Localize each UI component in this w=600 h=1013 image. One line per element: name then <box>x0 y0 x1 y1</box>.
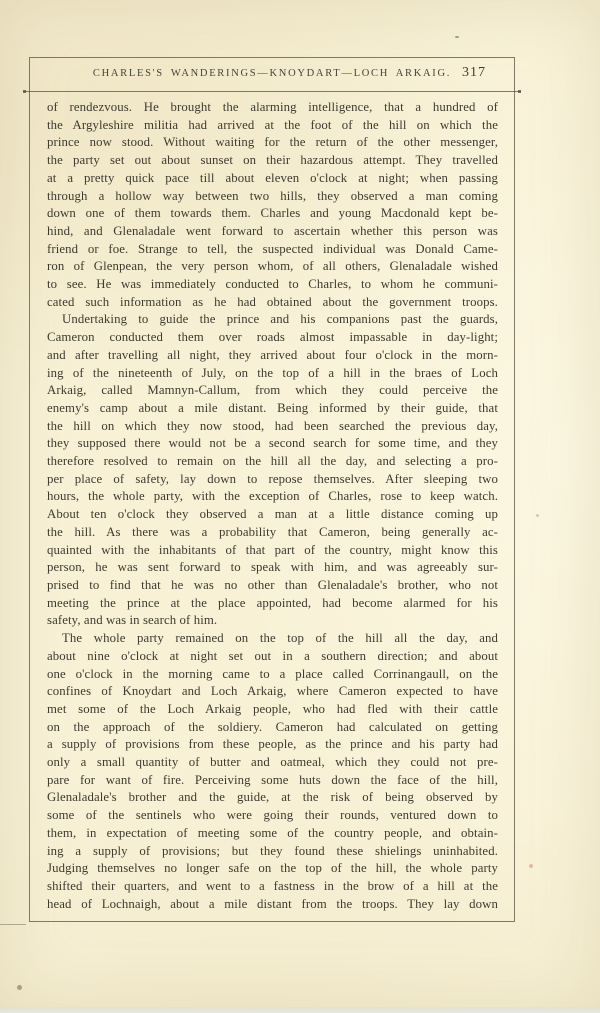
text-line: the hill. As there was a probability tha… <box>47 524 498 542</box>
text-line: hours, the whole party, with the excepti… <box>47 488 498 506</box>
text-line: head of Lochnaigh, about a mile distant … <box>47 896 498 914</box>
scan-speck <box>455 36 459 38</box>
text-line: friend or foe. Strange to tell, the susp… <box>47 241 498 259</box>
text-line: prised to find that he was no other than… <box>47 577 498 595</box>
body-text: of rendezvous. He brought the alarming i… <box>47 99 498 913</box>
scan-stray-rule <box>0 924 26 925</box>
text-line: pare for want of fire. Perceiving some h… <box>47 772 498 790</box>
text-line: confines of Knoydart and Loch Arkaig, wh… <box>47 683 498 701</box>
scan-speck <box>17 985 22 990</box>
text-line: meeting the prince at the place appointe… <box>47 595 498 613</box>
text-line: The whole party remained on the top of t… <box>47 630 498 648</box>
text-line: of rendezvous. He brought the alarming i… <box>47 99 498 117</box>
text-line: ron of Glenpean, the very person whom, o… <box>47 258 498 276</box>
scan-edge <box>0 1007 600 1013</box>
text-line: one o'clock in the morning came to a pla… <box>47 666 498 684</box>
text-line: through a hollow way between two hills, … <box>47 188 498 206</box>
text-line: the Argyleshire militia had arrived at t… <box>47 117 498 135</box>
text-line: quainted with the inhabitants of that pa… <box>47 542 498 560</box>
text-line: Glenaladale's brother and the guide, at … <box>47 789 498 807</box>
paragraph: The whole party remained on the top of t… <box>47 630 498 913</box>
text-line: they supposed there would not be a secon… <box>47 435 498 453</box>
text-line: and after travelling all night, they arr… <box>47 347 498 365</box>
text-line: down one of them towards them. Charles a… <box>47 205 498 223</box>
text-line: Undertaking to guide the prince and his … <box>47 311 498 329</box>
text-line: ing of the nineteenth of July, on the to… <box>47 365 498 383</box>
text-line: cated such information as he had obtaine… <box>47 294 498 312</box>
text-line: Cameron conducted them over roads almost… <box>47 329 498 347</box>
text-line: them, in expectation of meeting some of … <box>47 825 498 843</box>
text-line: about nine o'clock at night set out in a… <box>47 648 498 666</box>
book-page-scan: CHARLES'S WANDERINGS—KNOYDART—LOCH ARKAI… <box>0 0 600 1013</box>
text-line: met some of the Loch Arkaig people, who … <box>47 701 498 719</box>
text-line: some of the sentinels who were going the… <box>47 807 498 825</box>
paragraph: Undertaking to guide the prince and his … <box>47 311 498 630</box>
page-header: CHARLES'S WANDERINGS—KNOYDART—LOCH ARKAI… <box>30 58 514 91</box>
text-line: enemy's camp about a mile distant. Being… <box>47 400 498 418</box>
text-line: Judging themselves no longer safe on the… <box>47 860 498 878</box>
text-line: per place of safety, lay down to repose … <box>47 471 498 489</box>
text-line: ing a supply of provisions; but they fou… <box>47 843 498 861</box>
text-line: the hill on which they now stood, had be… <box>47 418 498 436</box>
text-line: shifted their quarters, and went to a fa… <box>47 878 498 896</box>
text-line: prince now stood. Without waiting for th… <box>47 134 498 152</box>
text-line: therefore resolved to remain on the hill… <box>47 453 498 471</box>
scan-speck <box>536 514 539 517</box>
header-rule <box>23 91 521 92</box>
text-line: on the approach of the soldiery. Cameron… <box>47 719 498 737</box>
text-line: person, he was sent forward to speak wit… <box>47 559 498 577</box>
text-line: hind, and Glenaladale went forward to as… <box>47 223 498 241</box>
scan-speck <box>529 864 533 868</box>
paragraph: of rendezvous. He brought the alarming i… <box>47 99 498 311</box>
text-line: only a small quantity of butter and oatm… <box>47 754 498 772</box>
text-line: the party set out about sunset on their … <box>47 152 498 170</box>
text-line: a supply of provisions from these people… <box>47 736 498 754</box>
text-line: Arkaig, called Mamnyn-Callum, from which… <box>47 382 498 400</box>
running-title: CHARLES'S WANDERINGS—KNOYDART—LOCH ARKAI… <box>30 68 514 79</box>
text-line: to see. He was immediately conducted to … <box>47 276 498 294</box>
page-number: 317 <box>462 65 486 81</box>
text-line: at a pretty quick pace till about eleven… <box>47 170 498 188</box>
text-line: About ten o'clock they observed a man at… <box>47 506 498 524</box>
text-line: safety, and was in search of him. <box>47 612 498 630</box>
